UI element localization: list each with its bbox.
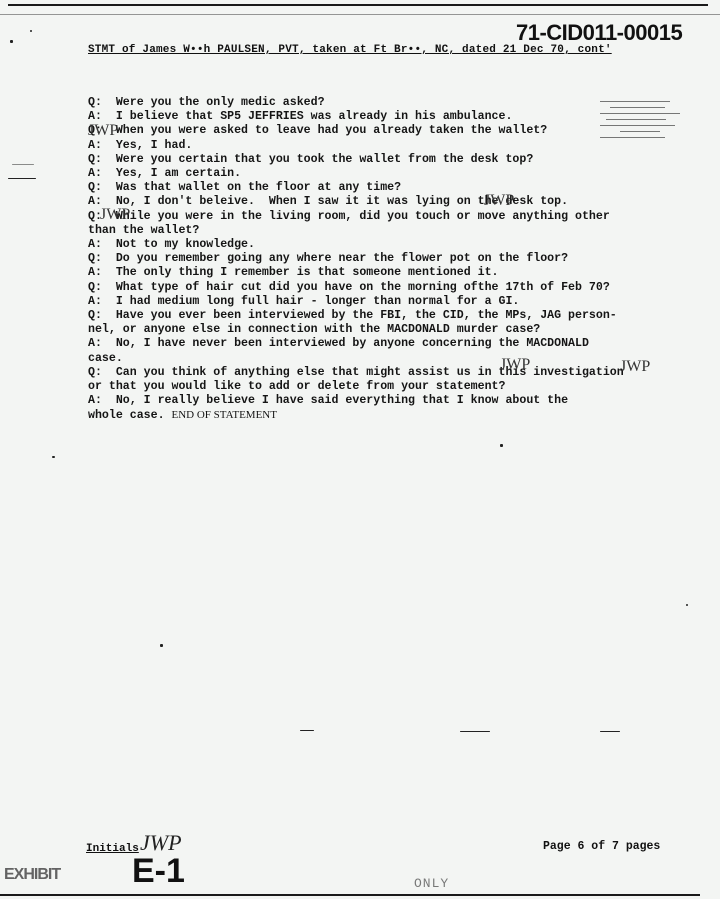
scan-speck: [10, 40, 13, 43]
qa-line: A: Yes, I had.: [88, 139, 698, 153]
scan-speck: [30, 30, 32, 32]
qa-line: Q: While you were in the living room, di…: [88, 210, 698, 224]
document-id-stamp: 71-CID011-00015: [516, 20, 682, 46]
scan-speck: [600, 731, 620, 732]
qa-line: or that you would like to add or delete …: [88, 380, 698, 394]
scan-speck: [300, 730, 314, 731]
qa-line: Q: Were you the only medic asked?: [88, 96, 698, 110]
qa-line: A: No, I really believe I have said ever…: [88, 394, 698, 408]
exhibit-stamp: EXHIBIT: [4, 866, 60, 884]
qa-line: Q: Were you certain that you took the wa…: [88, 153, 698, 167]
initials-label: Initials: [86, 843, 139, 855]
qa-line-final: whole case. END OF STATEMENT: [88, 408, 698, 423]
qa-line: Q: Do you remember going any where near …: [88, 252, 698, 266]
handwritten-initials-annotation: JWP: [500, 356, 530, 374]
qa-line: nel, or anyone else in connection with t…: [88, 323, 698, 337]
bottom-rule: [0, 894, 700, 896]
scan-speck: [12, 164, 34, 165]
qa-line: A: No, I have never been interviewed by …: [88, 337, 698, 351]
scan-speck: [460, 731, 490, 732]
qa-line: Q: What type of hair cut did you have on…: [88, 281, 698, 295]
qa-line: Q: Have you ever been interviewed by the…: [88, 309, 698, 323]
statement-header-line: STMT of James W••h PAULSEN, PVT, taken a…: [88, 44, 612, 56]
qa-line: than the wallet?: [88, 224, 698, 238]
top-rule-secondary: [0, 14, 720, 15]
qa-line: Q: Was that wallet on the floor at any t…: [88, 181, 698, 195]
qa-line: Q: Can you think of anything else that m…: [88, 366, 698, 380]
qa-line: A: Not to my knowledge.: [88, 238, 698, 252]
page-number: Page 6 of 7 pages: [543, 840, 660, 853]
scan-speck: [686, 604, 688, 606]
qa-line: case.: [88, 352, 698, 366]
exhibit-number: E-1: [132, 852, 185, 891]
top-rule: [8, 4, 708, 6]
qa-line: A: No, I don't beleive. When I saw it it…: [88, 195, 698, 209]
handwritten-initials-annotation: JWP: [484, 192, 514, 210]
qa-line: A: I had medium long full hair - longer …: [88, 295, 698, 309]
handwritten-initials-annotation: JWP: [88, 122, 118, 140]
scan-speck: [500, 444, 503, 447]
final-line-text: whole case.: [88, 409, 172, 422]
scan-speck: [8, 178, 36, 179]
qa-line: A: Yes, I am certain.: [88, 167, 698, 181]
qa-line: Q: When you were asked to leave had you …: [88, 124, 698, 138]
scan-speck: [160, 644, 163, 647]
handwritten-initials-annotation: JWP: [100, 206, 130, 224]
qa-line: A: I believe that SP5 JEFFRIES was alrea…: [88, 110, 698, 124]
qa-line: A: The only thing I remember is that som…: [88, 266, 698, 280]
end-of-statement-marker: END OF STATEMENT: [172, 409, 277, 421]
classification-marking: ONLY: [414, 876, 449, 891]
scan-speck: [52, 456, 55, 458]
handwritten-initials-annotation: JWP: [620, 358, 650, 376]
statement-body: Q: Were you the only medic asked? A: I b…: [88, 96, 698, 424]
